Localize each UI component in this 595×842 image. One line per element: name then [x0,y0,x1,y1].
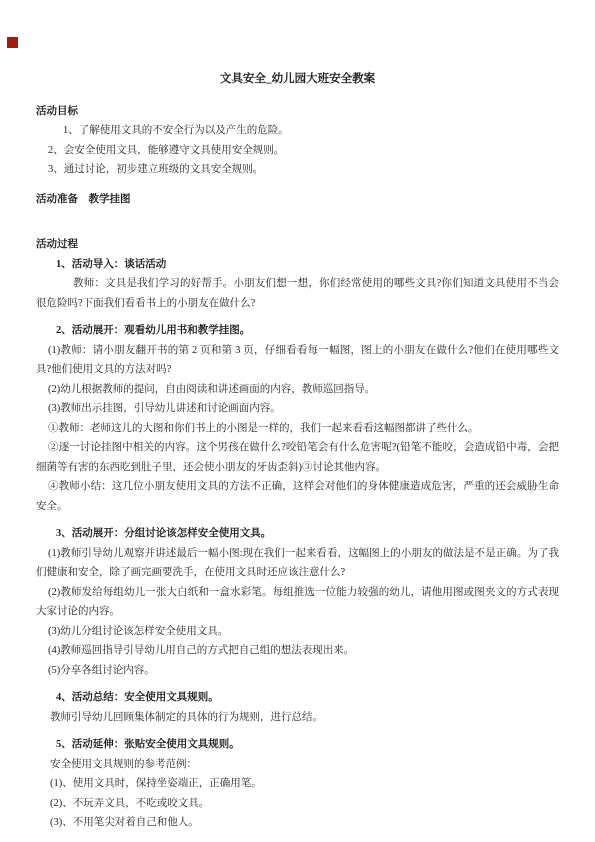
paragraph: 3、通过讨论，初步建立班级的文具安全规则。 [36,160,559,180]
paragraph: 4、活动总结：安全使用文具规则。 [36,688,559,708]
paragraph: 活动准备 教学挂图 [36,190,559,210]
text: ②逐一讨论挂图中相关的内容。这个男孩在做什么?咬铅笔会有什么危害呢?(铅笔不能咬… [36,442,559,473]
paragraph: (3)、不用笔尖对着自己和他人。 [36,813,559,833]
paragraph: (5)分享各组讨论内容。 [36,661,559,681]
text: 安全使用文具规则的参考范例： [50,759,197,770]
document-body: 活动目标1、了解使用文具的不安全行为以及产生的危险。2、会安全使用文具，能够遵守… [36,102,559,833]
text: ①教师：老师这儿的大图和你们书上的小图是一样的，我们一起来看看这幅图都讲了些什么… [48,423,479,434]
paragraph: (2)幼儿根据教师的提问，自由阅读和讲述画面的内容，教师巡回指导。 [36,380,559,400]
text: ④教师小结：这几位小朋友使用文具的方法不正确，这样会对他们的身体健康造成危害，严… [36,481,559,512]
paragraph: 1、活动导入：谈话活动 [36,255,559,275]
bold-text: 活动目标 [36,106,78,117]
page-title: 文具安全_幼儿园大班安全教案 [36,70,559,90]
text: 教学挂图 [78,194,131,205]
paragraph: (3)幼儿分组讨论该怎样安全使用文具。 [36,622,559,642]
paragraph: (4)教师巡回指导引导幼儿用自己的方式把自己组的想法表现出来。 [36,641,559,661]
paragraph: 教师引导幼儿回顾集体制定的具体的行为规则，进行总结。 [36,708,559,728]
paragraph: 教师：文具是我们学习的好帮手。小朋友们想一想，你们经常使用的哪些文具?你们知道文… [36,274,559,313]
text: 3、通过讨论，初步建立班级的文具安全规则。 [48,164,263,175]
text: (2)幼儿根据教师的提问，自由阅读和讲述画面的内容，教师巡回指导。 [48,384,375,395]
text: (3)、不用笔尖对着自己和他人。 [50,817,199,828]
text: (4)教师巡回指导引导幼儿用自己的方式把自己组的想法表现出来。 [48,645,354,656]
paragraph: ②逐一讨论挂图中相关的内容。这个男孩在做什么?咬铅笔会有什么危害呢?(铅笔不能咬… [36,438,559,477]
paragraph: 活动目标 [36,102,559,122]
text: (1)教师：请小朋友翻开书的第 2 页和第 3 页，仔细看看每一幅图，图上的小朋… [36,345,559,376]
bold-text: 活动准备 [36,194,78,205]
text: (3)教师出示挂图，引导幼儿讲述和讨论画面内容。 [48,403,281,414]
text: (2)教师发给每组幼儿一张大白纸和一盒水彩笔。每组推选一位能力较强的幼儿，请他用… [36,587,559,618]
paragraph: 安全使用文具规则的参考范例： [36,755,559,775]
paragraph: 2、活动展开：观看幼儿用书和教学挂图。 [36,321,559,341]
bold-text: 4、活动总结：安全使用文具规则。 [56,692,219,703]
paragraph: (2)、不玩弄文具，不吃或咬文具。 [36,794,559,814]
text: 2、会安全使用文具，能够遵守文具使用安全规则。 [48,145,284,156]
document-page: 文具安全_幼儿园大班安全教案 活动目标1、了解使用文具的不安全行为以及产生的危险… [0,0,595,842]
text: (1)、使用文具时，保持坐姿端正，正确用笔。 [50,778,262,789]
bold-text: 1、活动导入：谈话活动 [56,259,166,270]
paragraph: (2)教师发给每组幼儿一张大白纸和一盒水彩笔。每组推选一位能力较强的幼儿，请他用… [36,583,559,622]
text: (2)、不玩弄文具，不吃或咬文具。 [50,798,209,809]
paragraph: 2、会安全使用文具，能够遵守文具使用安全规则。 [36,141,559,161]
bold-text: 3、活动展开：分组讨论该怎样安全使用文具。 [56,528,271,539]
bold-text: 5、活动延伸：张贴安全使用文具规则。 [56,739,240,750]
paragraph: (1)教师：请小朋友翻开书的第 2 页和第 3 页，仔细看看每一幅图，图上的小朋… [36,341,559,380]
bold-text: 2、活动展开：观看幼儿用书和教学挂图。 [56,325,250,336]
text: (1)教师引导幼儿观察并讲述最后一幅小图:现在我们一起来看看，这幅图上的小朋友的… [36,548,559,579]
text: 教师引导幼儿回顾集体制定的具体的行为规则，进行总结。 [50,712,323,723]
paragraph: (3)教师出示挂图，引导幼儿讲述和讨论画面内容。 [36,399,559,419]
text: (5)分享各组讨论内容。 [48,665,155,676]
paragraph: 1、了解使用文具的不安全行为以及产生的危险。 [36,121,559,141]
paragraph: 5、活动延伸：张贴安全使用文具规则。 [36,735,559,755]
paragraph: ④教师小结：这几位小朋友使用文具的方法不正确，这样会对他们的身体健康造成危害，严… [36,477,559,516]
paragraph: 3、活动展开：分组讨论该怎样安全使用文具。 [36,524,559,544]
text: (3)幼儿分组讨论该怎样安全使用文具。 [48,626,228,637]
corner-marker [7,37,18,48]
paragraph: 活动过程 [36,235,559,255]
paragraph: ①教师：老师这儿的大图和你们书上的小图是一样的，我们一起来看看这幅图都讲了些什么… [36,419,559,439]
paragraph: (1)、使用文具时，保持坐姿端正，正确用笔。 [36,774,559,794]
paragraph: (1)教师引导幼儿观察并讲述最后一幅小图:现在我们一起来看看，这幅图上的小朋友的… [36,544,559,583]
text: 1、了解使用文具的不安全行为以及产生的危险。 [63,125,289,136]
text: 教师：文具是我们学习的好帮手。小朋友们想一想，你们经常使用的哪些文具?你们知道文… [36,278,559,309]
bold-text: 活动过程 [36,239,78,250]
